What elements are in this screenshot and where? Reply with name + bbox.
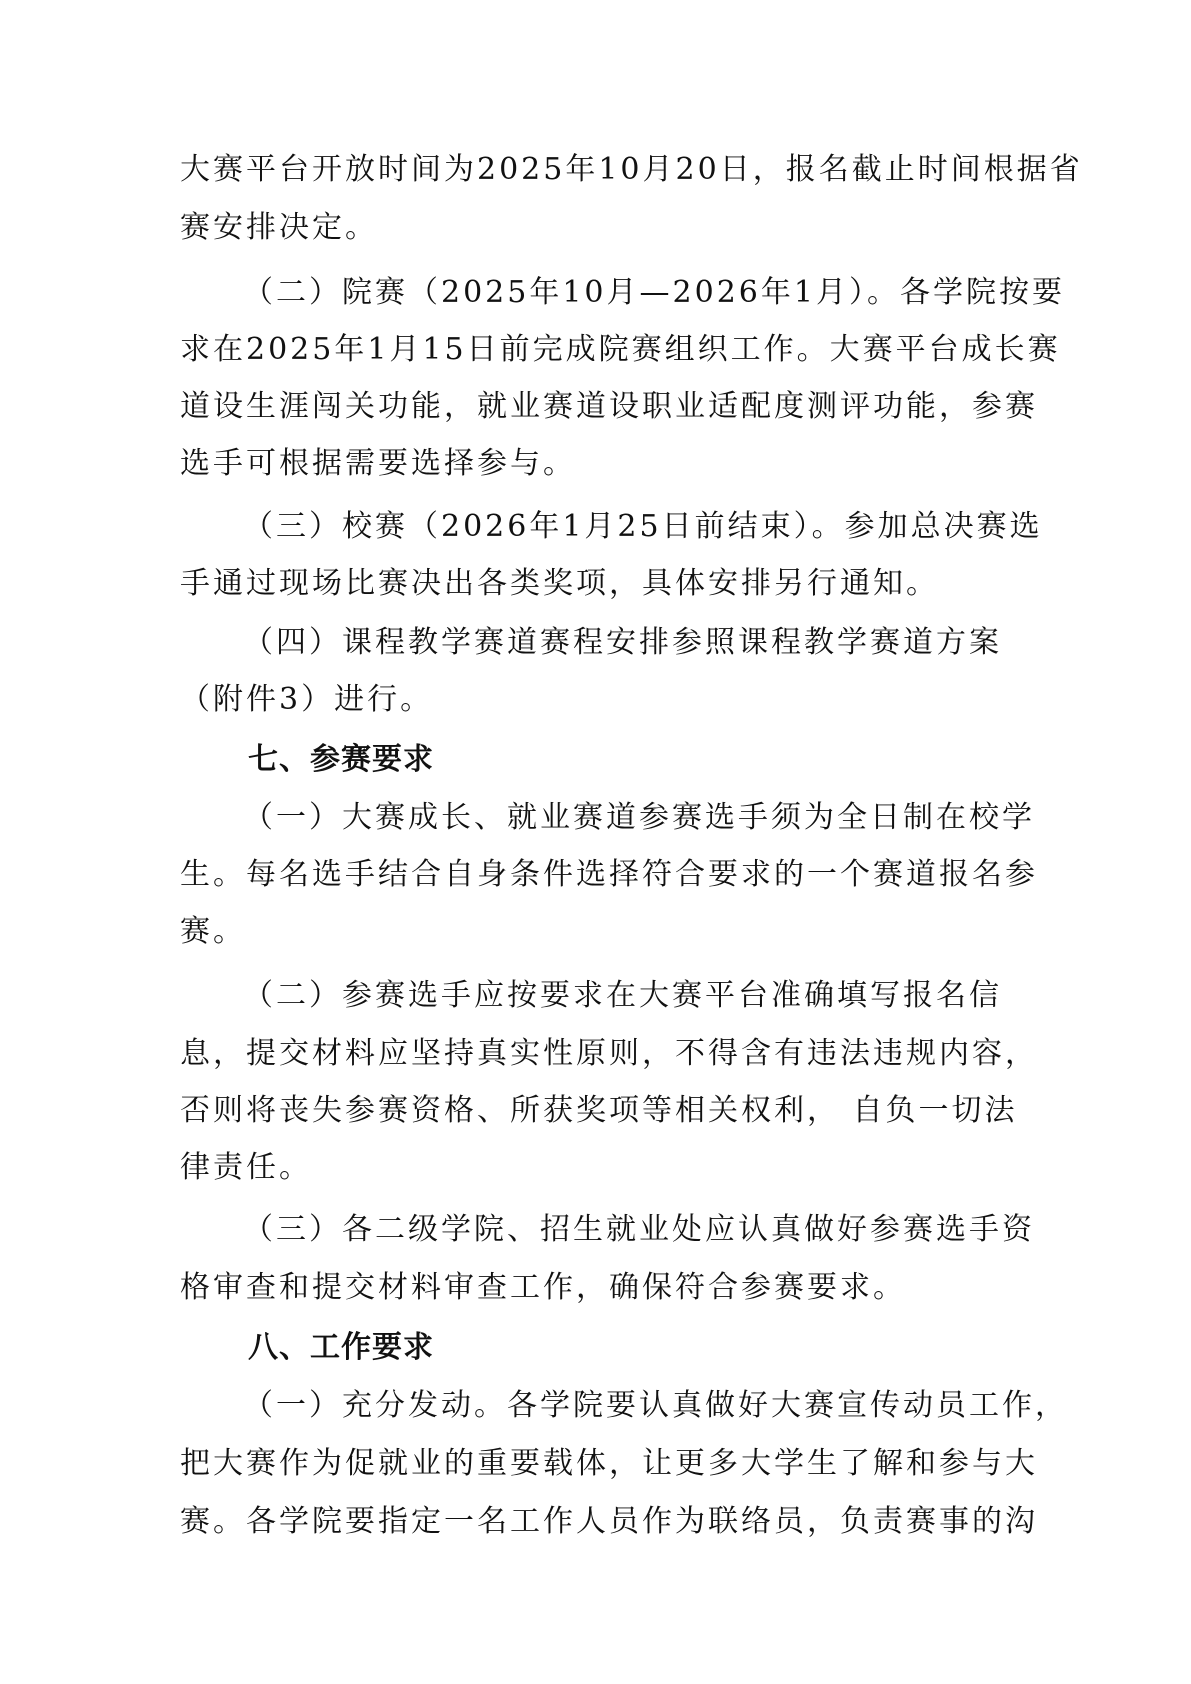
paragraph-line: 赛。各学院要指定一名工作人员作为联络员，负责赛事的沟 [180, 1502, 1038, 1542]
paragraph-line: （三）校赛（2026年1月25日前结束）。参加总决赛选 [243, 507, 1043, 547]
paragraph-line: 求在2025年1月15日前完成院赛组织工作。大赛平台成长赛 [180, 330, 1061, 370]
paragraph-line: 大赛平台开放时间为2025年10月20日，报名截止时间根据省 [180, 150, 1083, 190]
paragraph-line: （二）院赛（2025年10月—2026年1月）。各学院按要 [243, 273, 1065, 313]
paragraph-line: 息，提交材料应坚持真实性原则，不得含有违法违规内容， [180, 1034, 1038, 1074]
paragraph-line: 生。每名选手结合自身条件选择符合要求的一个赛道报名参 [180, 855, 1038, 895]
paragraph-line: 道设生涯闯关功能，就业赛道设职业适配度测评功能，参赛 [180, 387, 1038, 427]
paragraph-line: 格审查和提交材料审查工作，确保符合参赛要求。 [180, 1268, 906, 1308]
paragraph-line: （三）各二级学院、招生就业处应认真做好参赛选手资 [243, 1210, 1035, 1250]
paragraph-line: （四）课程教学赛道赛程安排参照课程教学赛道方案 [243, 623, 1002, 663]
paragraph-line: 手通过现场比赛决出各类奖项，具体安排另行通知。 [180, 564, 939, 604]
paragraph-line: 赛。 [180, 912, 246, 952]
paragraph-line: 赛安排决定。 [180, 208, 378, 248]
paragraph-line: 把大赛作为促就业的重要载体，让更多大学生了解和参与大 [180, 1444, 1038, 1484]
paragraph-line: （附件3）进行。 [180, 680, 433, 720]
section-heading: 八、工作要求 [248, 1328, 434, 1368]
paragraph-line: （一）大赛成长、就业赛道参赛选手须为全日制在校学 [243, 798, 1035, 838]
paragraph-line: （二）参赛选手应按要求在大赛平台准确填写报名信 [243, 976, 1002, 1016]
section-heading: 七、参赛要求 [248, 740, 434, 780]
paragraph-line: 否则将丧失参赛资格、所获奖项等相关权利， 自负一切法 [180, 1091, 1018, 1131]
paragraph-line: （一）充分发动。各学院要认真做好大赛宣传动员工作， [243, 1386, 1068, 1426]
paragraph-line: 选手可根据需要选择参与。 [180, 444, 576, 484]
paragraph-line: 律责任。 [180, 1148, 312, 1188]
